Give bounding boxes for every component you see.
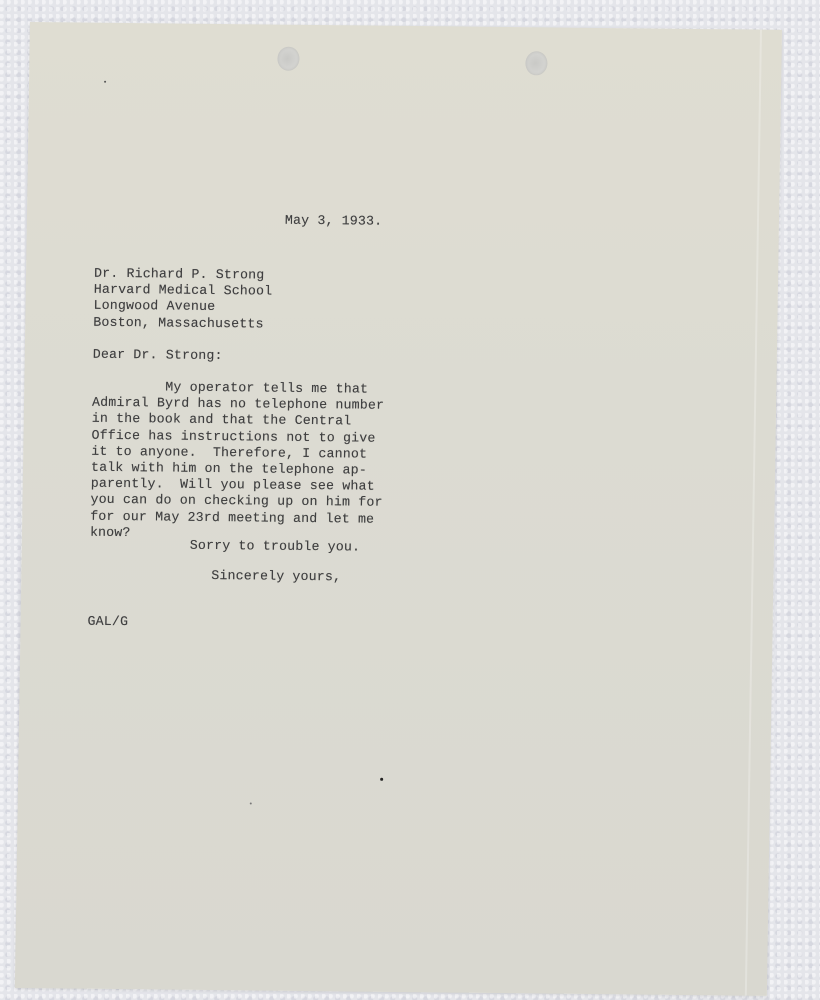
body-line: parently. Will you please see what [91,476,375,494]
address-line: Boston, Massachusetts [93,314,264,331]
body-line: Admiral Byrd has no telephone number [92,395,384,413]
body-line: My operator tells me that [92,379,368,397]
body-line: in the book and that the Central [92,411,352,429]
salutation: Dear Dr. Strong: [93,347,223,365]
letter-body: My operator tells me that Admiral Byrd h… [90,379,385,544]
paper-speck [250,802,252,804]
address-line: Harvard Medical School [94,282,273,299]
signoff: Sincerely yours, [211,568,341,586]
closing-line: Sorry to trouble you. [190,538,361,556]
letter-page: May 3, 1933. Dr. Richard P. Strong Harva… [15,22,782,996]
paper-speck [380,778,383,781]
recipient-address: Dr. Richard P. Strong Harvard Medical Sc… [93,266,273,333]
body-line: Office has instructions not to give [91,427,375,445]
address-line: Longwood Avenue [93,298,215,314]
letter-date: May 3, 1933. [285,213,383,230]
address-line: Dr. Richard P. Strong [94,266,265,283]
body-line: talk with him on the telephone ap- [91,460,367,478]
body-line: know? [90,525,131,540]
typist-initials: GAL/G [87,614,128,631]
body-line: you can do on checking up on him for [90,492,382,510]
punch-hole-left [277,47,299,71]
body-line: for our May 23rd meeting and let me [90,508,374,526]
body-line: it to anyone. Therefore, I cannot [91,444,367,462]
punch-hole-right [525,51,547,75]
paper-speck [104,81,106,83]
